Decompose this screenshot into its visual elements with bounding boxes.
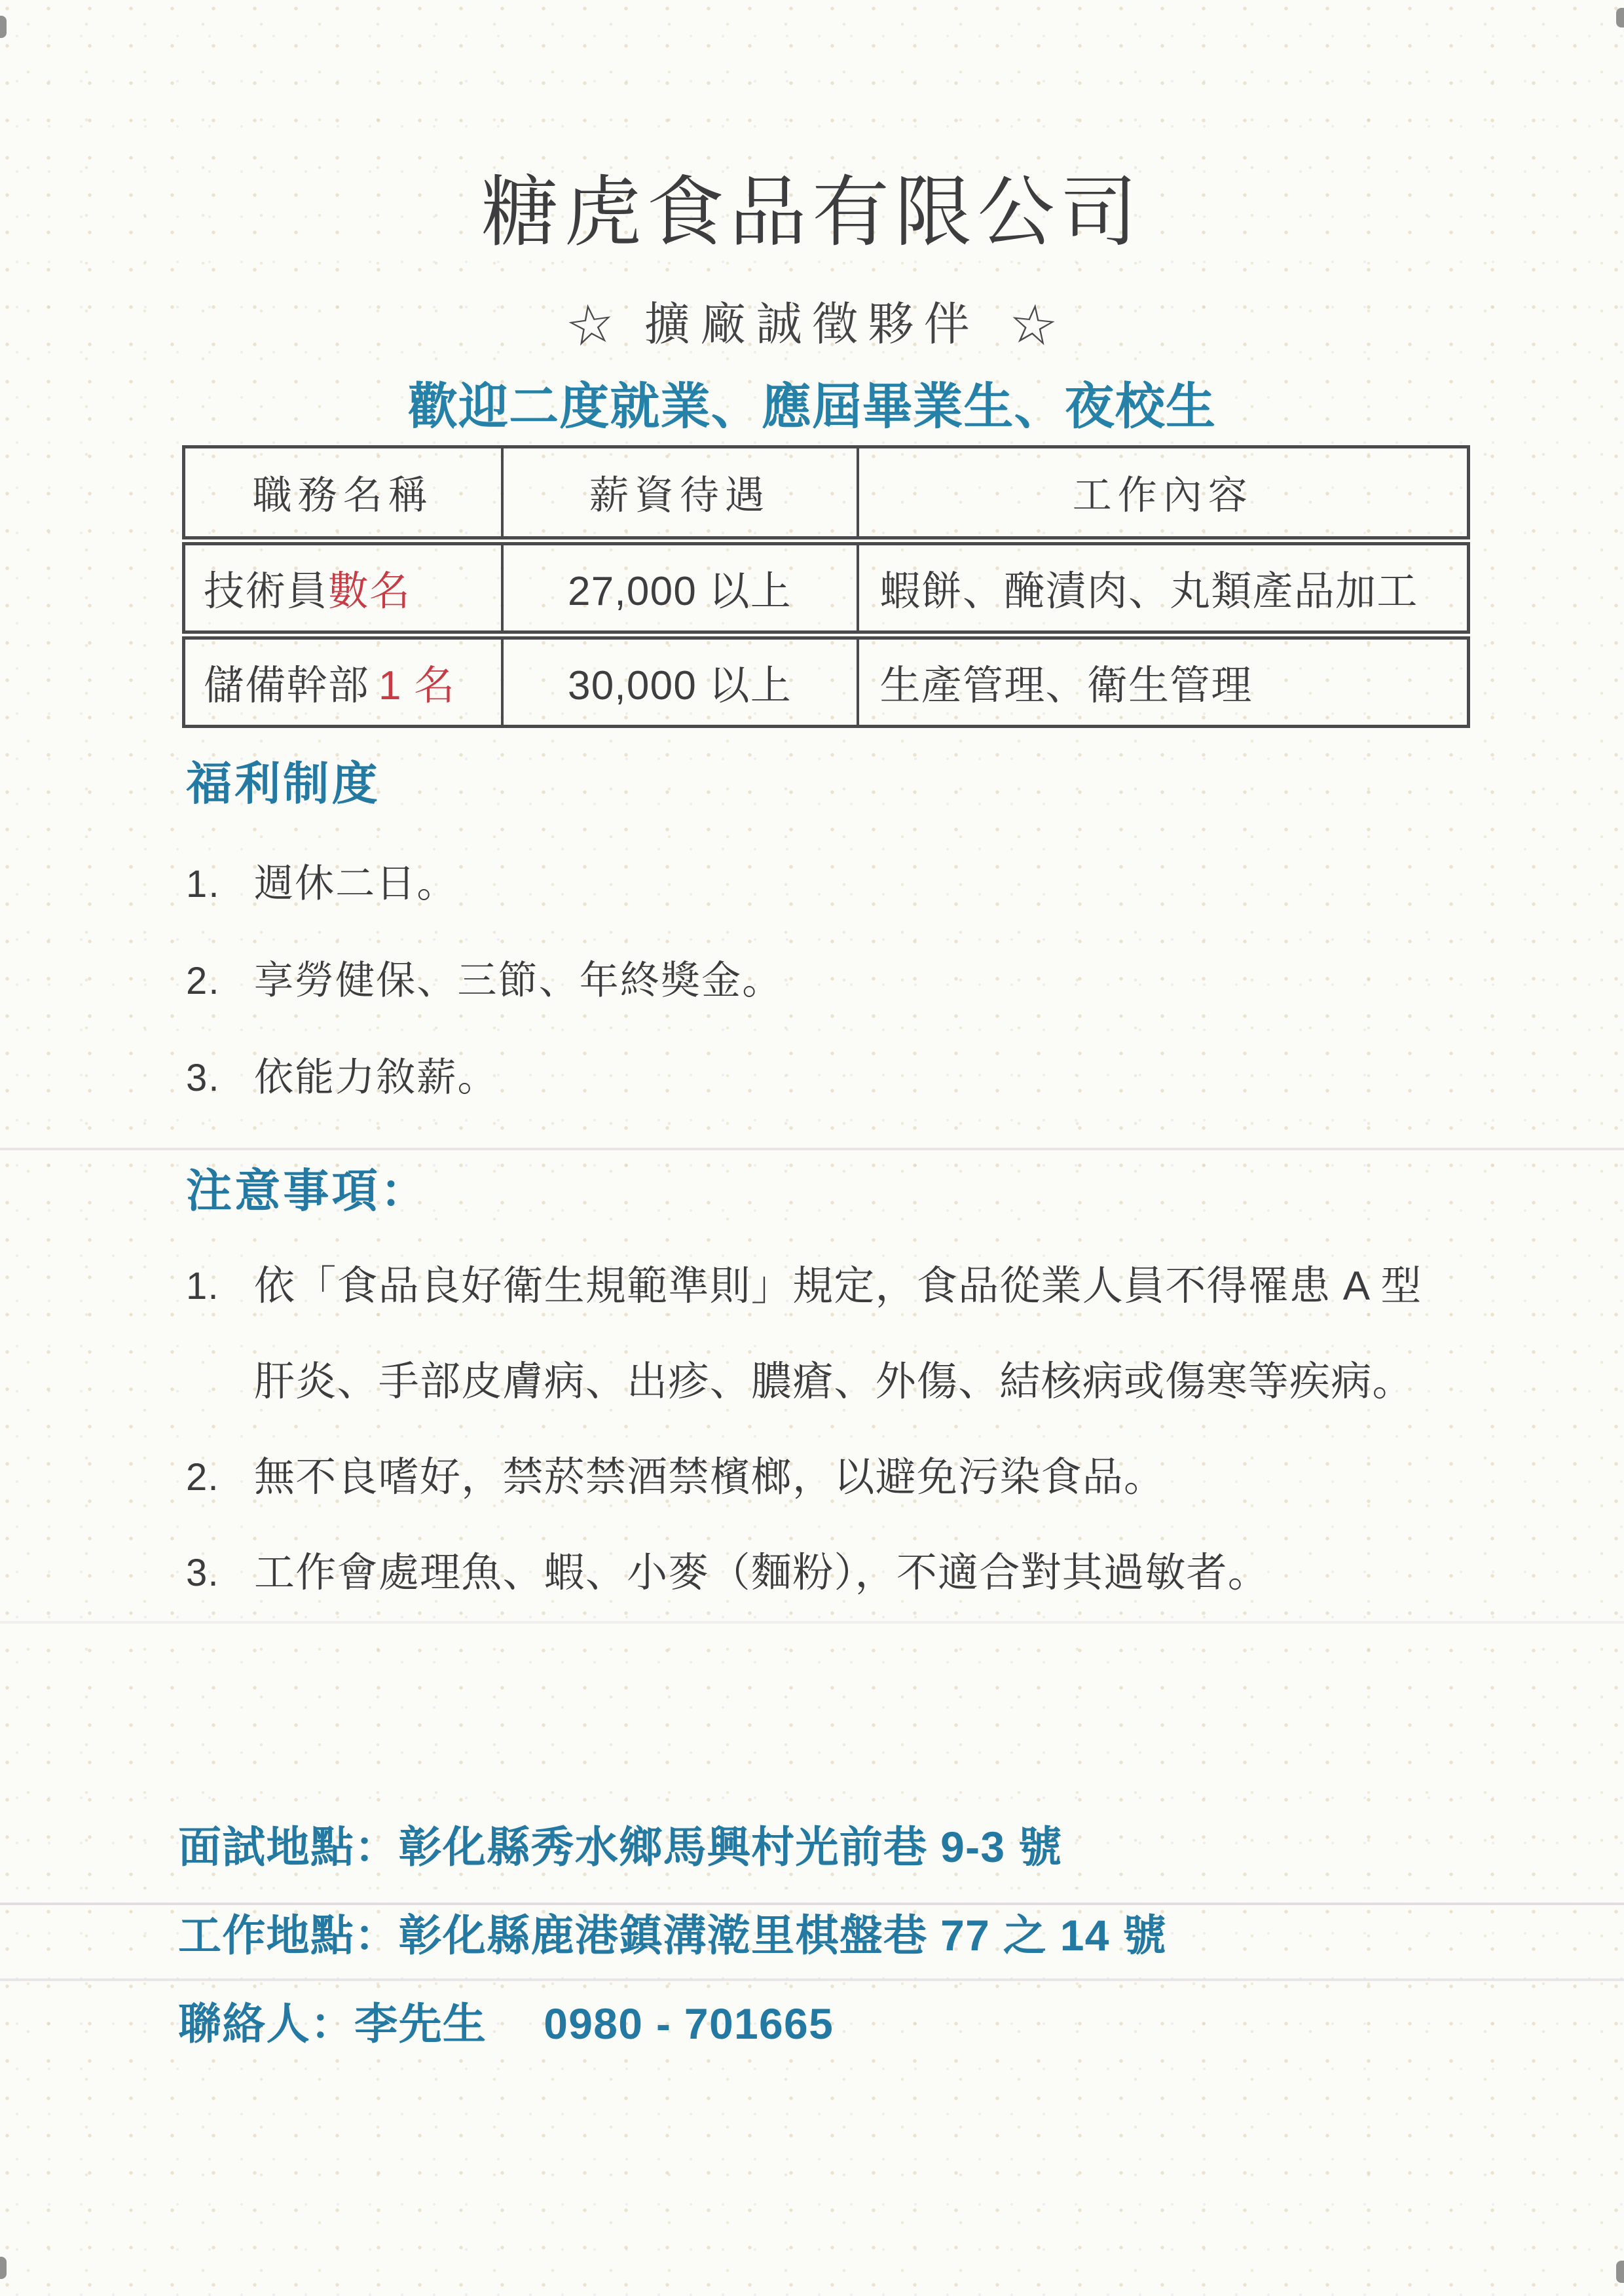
scan-corner-mark <box>0 16 7 38</box>
item-number: 1. <box>186 1239 254 1334</box>
benefits-heading: 福利制度 <box>186 761 1624 807</box>
salary-cell: 27,000 以上 <box>502 541 858 635</box>
list-item: 1. 依「食品良好衛生規範準則」規定，食品從業人員不得罹患 A 型 肝炎、手部皮… <box>186 1239 1624 1430</box>
item-number: 3. <box>186 1059 254 1097</box>
position-cell: 技術員數名 <box>184 541 502 635</box>
benefits-list: 1.週休二日。 2.享勞健保、三節、年終獎金。 3.依能力敘薪。 <box>0 864 1624 1097</box>
recruit-subtitle: ☆擴廠誠徵夥伴☆ <box>0 291 1624 359</box>
item-number: 2. <box>186 1430 254 1525</box>
list-item: 2. 無不良嗜好，禁菸禁酒禁檳榔，以避免污染食品。 <box>186 1430 1624 1525</box>
list-item: 1.週休二日。 <box>186 864 1624 903</box>
jobs-table-header-row: 職務名稱 薪資待遇 工作內容 <box>184 446 1469 541</box>
table-row-reserve-cadre: 儲備幹部1 名 30,000 以上 生產管理、衛生管理 <box>184 635 1469 727</box>
item-text: 依「食品良好衛生規範準則」規定，食品從業人員不得罹患 A 型 肝炎、手部皮膚病、… <box>254 1239 1422 1430</box>
position-name: 儲備幹部 <box>204 663 369 708</box>
table-row-technician: 技術員數名 27,000 以上 蝦餅、醃漬肉、丸類產品加工 <box>184 541 1469 635</box>
item-text-line: 依「食品良好衛生規範準則」規定，食品從業人員不得罹患 A 型 <box>254 1239 1422 1334</box>
item-number: 2. <box>186 962 254 1000</box>
contact-person-line: 聯絡人：李先生 0980 - 701665 <box>178 1998 1624 2050</box>
scan-artifact-line <box>0 1621 1624 1624</box>
scan-corner-mark <box>1616 8 1624 27</box>
scan-corner-mark <box>1616 2261 1624 2283</box>
item-number: 1. <box>186 866 254 903</box>
column-header-position: 職務名稱 <box>184 446 502 541</box>
headcount-red: 數名 <box>328 569 411 614</box>
position-cell: 儲備幹部1 名 <box>184 635 502 727</box>
item-text: 依能力敘薪。 <box>254 1055 498 1099</box>
item-number: 3. <box>186 1525 254 1621</box>
item-text: 工作會處理魚、蝦、小麥（麵粉），不適合對其過敏者。 <box>254 1525 1269 1621</box>
item-text-line: 無不良嗜好，禁菸禁酒禁檳榔，以避免污染食品。 <box>254 1430 1165 1525</box>
position-name: 技術員 <box>204 569 328 614</box>
item-text-line: 工作會處理魚、蝦、小麥（麵粉），不適合對其過敏者。 <box>254 1525 1269 1621</box>
work-location-line: 工作地點：彰化縣鹿港鎮溝漧里棋盤巷 77 之 14 號 <box>178 1910 1624 1961</box>
scan-artifact-line <box>0 1148 1624 1150</box>
duties-cell: 生產管理、衛生管理 <box>858 635 1469 727</box>
scanned-recruitment-flyer: 糖虎食品有限公司 ☆擴廠誠徵夥伴☆ 歡迎二度就業、應屆畢業生、夜校生 職務名稱 … <box>0 0 1624 2296</box>
scan-corner-mark <box>0 2257 7 2279</box>
duties-cell: 蝦餅、醃漬肉、丸類產品加工 <box>858 541 1469 635</box>
welcome-line: 歡迎二度就業、應屆畢業生、夜校生 <box>0 379 1624 435</box>
column-header-salary: 薪資待遇 <box>502 446 858 541</box>
star-right-icon: ☆ <box>1005 288 1061 361</box>
notices-heading: 注意事項： <box>186 1168 1624 1214</box>
interview-location-line: 面試地點：彰化縣秀水鄉馬興村光前巷 9-3 號 <box>178 1821 1624 1873</box>
item-text: 週休二日。 <box>254 862 458 905</box>
headcount-red: 1 名 <box>378 663 455 708</box>
list-item: 3. 工作會處理魚、蝦、小麥（麵粉），不適合對其過敏者。 <box>186 1525 1624 1621</box>
recruit-slogan: 擴廠誠徵夥伴 <box>644 299 980 350</box>
list-item: 2.享勞健保、三節、年終獎金。 <box>186 961 1624 1000</box>
item-text: 享勞健保、三節、年終獎金。 <box>254 958 783 1002</box>
salary-cell: 30,000 以上 <box>502 635 858 727</box>
item-text-line: 肝炎、手部皮膚病、出疹、膿瘡、外傷、結核病或傷寒等疾病。 <box>254 1334 1422 1430</box>
jobs-table: 職務名稱 薪資待遇 工作內容 技術員數名 27,000 以上 蝦餅、醃漬肉、丸類… <box>182 445 1470 728</box>
column-header-duties: 工作內容 <box>858 446 1469 541</box>
item-text: 無不良嗜好，禁菸禁酒禁檳榔，以避免污染食品。 <box>254 1430 1165 1525</box>
list-item: 3.依能力敘薪。 <box>186 1058 1624 1097</box>
contact-block: 面試地點：彰化縣秀水鄉馬興村光前巷 9-3 號 工作地點：彰化縣鹿港鎮溝漧里棋盤… <box>178 1821 1624 2050</box>
star-left-icon: ☆ <box>562 287 620 362</box>
company-title: 糖虎食品有限公司 <box>0 169 1624 258</box>
notices-list: 1. 依「食品良好衛生規範準則」規定，食品從業人員不得罹患 A 型 肝炎、手部皮… <box>0 1239 1624 1621</box>
